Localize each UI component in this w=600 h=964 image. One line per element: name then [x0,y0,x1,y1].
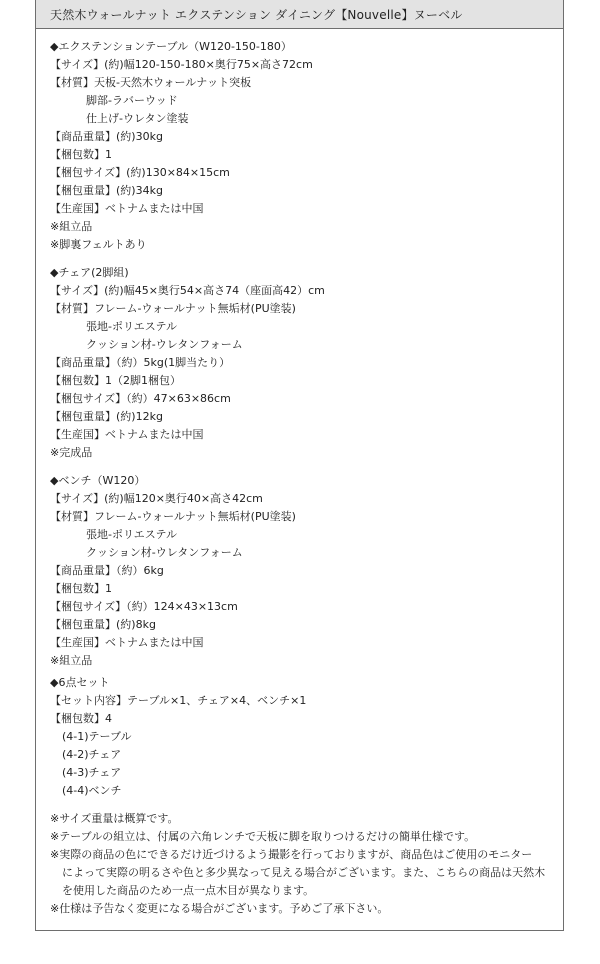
section-bench: ◆ベンチ（W120） 【サイズ】(約)幅120×奥行40×高さ42cm 【材質】… [50,472,563,670]
section-heading: ◆ベンチ（W120） [50,472,563,490]
material-spec-finish: 仕上げ‐ウレタン塗装 [50,110,563,128]
package-item: (4-4)ベンチ [50,782,563,800]
package-weight: 【梱包重量】(約)8kg [50,616,563,634]
origin-country: 【生産国】ベトナムまたは中国 [50,426,563,444]
package-count: 【梱包数】1 [50,580,563,598]
origin-country: 【生産国】ベトナムまたは中国 [50,634,563,652]
note-color-cont: によって実際の明るさや色と多少異なって見える場合がございます。また、こちらの商品… [50,864,563,882]
spec-box: 天然木ウォールナット エクステンション ダイニング【Nouvelle】ヌーベル … [35,0,564,931]
package-size: 【梱包サイズ】(約)130×84×15cm [50,164,563,182]
section-set: ◆6点セット 【セット内容】テーブル×1、チェア×4、ベンチ×1 【梱包数】4 … [50,674,563,800]
material-spec: 【材質】天板‐天然木ウォールナット突板 [50,74,563,92]
note-color-cont: を使用した商品のため一点一点木目が異なります。 [50,882,563,900]
origin-country: 【生産国】ベトナムまたは中国 [50,200,563,218]
spec-header: 天然木ウォールナット エクステンション ダイニング【Nouvelle】ヌーベル [36,0,563,29]
material-spec-legs: 脚部‐ラバーウッド [50,92,563,110]
note: ※組立品 [50,652,563,670]
material-spec-upholstery: 張地‐ポリエステル [50,526,563,544]
package-item: (4-1)テーブル [50,728,563,746]
note: ※完成品 [50,444,563,462]
material-spec-cushion: クッション材‐ウレタンフォーム [50,544,563,562]
section-heading: ◆チェア(2脚組) [50,264,563,282]
size-spec: 【サイズ】(約)幅45×奥行54×高さ74（座面高42）cm [50,282,563,300]
size-spec: 【サイズ】(約)幅120-150-180×奥行75×高さ72cm [50,56,563,74]
package-weight: 【梱包重量】(約)12kg [50,408,563,426]
material-spec-upholstery: 張地‐ポリエステル [50,318,563,336]
section-chair: ◆チェア(2脚組) 【サイズ】(約)幅45×奥行54×高さ74（座面高42）cm… [50,264,563,462]
weight-spec: 【商品重量】(約)30kg [50,128,563,146]
weight-spec: 【商品重量】（約）5kg(1脚当たり） [50,354,563,372]
package-count: 【梱包数】1（2脚1梱包） [50,372,563,390]
package-item: (4-3)チェア [50,764,563,782]
notes: ※サイズ重量は概算です。 ※テーブルの組立は、付属の六角レンチで天板に脚を取りつ… [50,810,563,918]
package-size: 【梱包サイズ】（約）124×43×13cm [50,598,563,616]
note: ※脚裏フェルトあり [50,236,563,254]
note-approximate: ※サイズ重量は概算です。 [50,810,563,828]
package-item: (4-2)チェア [50,746,563,764]
section-heading: ◆6点セット [50,674,563,692]
note: ※組立品 [50,218,563,236]
note-color: ※実際の商品の色にできるだけ近づけるよう撮影を行っておりますが、商品色はご使用の… [50,846,563,864]
spec-content: ◆エクステンションテーブル（W120-150-180） 【サイズ】(約)幅120… [36,29,563,918]
size-spec: 【サイズ】(約)幅120×奥行40×高さ42cm [50,490,563,508]
material-spec-cushion: クッション材‐ウレタンフォーム [50,336,563,354]
package-size: 【梱包サイズ】（約）47×63×86cm [50,390,563,408]
material-spec: 【材質】フレーム‐ウォールナット無垢材(PU塗装) [50,508,563,526]
note-assembly: ※テーブルの組立は、付属の六角レンチで天板に脚を取りつけるだけの簡単仕様です。 [50,828,563,846]
product-title: 天然木ウォールナット エクステンション ダイニング【Nouvelle】ヌーベル [50,6,462,23]
section-heading: ◆エクステンションテーブル（W120-150-180） [50,38,563,56]
package-count: 【梱包数】1 [50,146,563,164]
note-spec-change: ※仕様は予告なく変更になる場合がございます。予めご了承下さい。 [50,900,563,918]
material-spec: 【材質】フレーム‐ウォールナット無垢材(PU塗装) [50,300,563,318]
package-count: 【梱包数】4 [50,710,563,728]
set-contents: 【セット内容】テーブル×1、チェア×4、ベンチ×1 [50,692,563,710]
package-weight: 【梱包重量】(約)34kg [50,182,563,200]
section-table: ◆エクステンションテーブル（W120-150-180） 【サイズ】(約)幅120… [50,38,563,254]
weight-spec: 【商品重量】（約）6kg [50,562,563,580]
